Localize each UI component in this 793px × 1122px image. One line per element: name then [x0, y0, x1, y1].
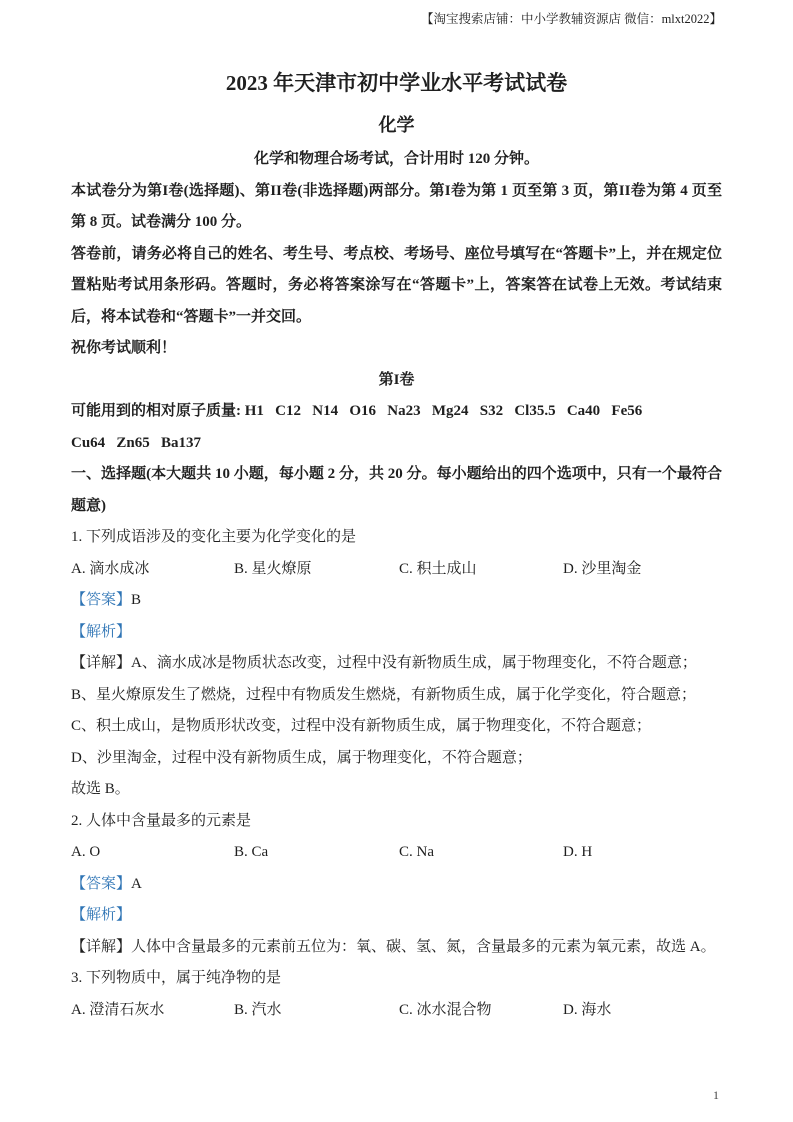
detail-line: B、星火燎原发生了燃烧，过程中有物质发生燃烧，有新物质生成，属于化学变化，符合题… — [71, 680, 722, 712]
page-title: 2023 年天津市初中学业水平考试试卷 — [71, 68, 722, 98]
option-b: B. Ca — [234, 837, 399, 869]
question-stem: 2. 人体中含量最多的元素是 — [71, 806, 722, 838]
analysis-label: 【解析】 — [71, 900, 722, 932]
answer-line: 【答案】B — [71, 585, 722, 617]
page-number: 1 — [713, 1088, 719, 1102]
answer-line: 【答案】A — [71, 869, 722, 901]
question-2: 2. 人体中含量最多的元素是 A. O B. Ca C. Na D. H 【答案… — [71, 806, 722, 964]
volume-1-title: 第I卷 — [71, 365, 722, 397]
question-1: 1. 下列成语涉及的变化主要为化学变化的是 A. 滴水成冰 B. 星火燎原 C.… — [71, 522, 722, 806]
option-a: A. O — [71, 837, 234, 869]
option-a: A. 滴水成冰 — [71, 554, 234, 586]
question-stem: 3. 下列物质中，属于纯净物的是 — [71, 963, 722, 995]
atomic-mass-line-2: Cu64 Zn65 Ba137 — [71, 428, 722, 460]
intro-paragraph-instructions: 答卷前，请务必将自己的姓名、考生号、考点校、考场号、座位号填写在“答题卡”上，并… — [71, 239, 722, 334]
answer-label: 【答案】 — [71, 876, 131, 892]
detail-line: D、沙里淘金，过程中没有新物质生成，属于物理变化，不符合题意； — [71, 743, 722, 775]
exam-page: 2023 年天津市初中学业水平考试试卷 化学 化学和物理合场考试，合计用时 12… — [71, 0, 722, 1026]
good-luck-line: 祝你考试顺利！ — [71, 333, 722, 365]
answer-value: A — [131, 876, 142, 892]
subject-title: 化学 — [71, 112, 722, 138]
option-c: C. 积土成山 — [399, 554, 563, 586]
intro-paragraph-structure: 本试卷分为第I卷(选择题)、第II卷(非选择题)两部分。第I卷为第 1 页至第 … — [71, 176, 722, 239]
detail-line: 【详解】人体中含量最多的元素前五位为：氧、碳、氢、氮，含量最多的元素为氧元素，故… — [71, 932, 722, 964]
detail-line: 故选 B。 — [71, 774, 722, 806]
option-d: D. 海水 — [563, 995, 722, 1027]
option-c: C. 冰水混合物 — [399, 995, 563, 1027]
option-b: B. 汽水 — [234, 995, 399, 1027]
detail-line: C、积土成山，是物质形状改变，过程中没有新物质生成，属于物理变化，不符合题意； — [71, 711, 722, 743]
analysis-label: 【解析】 — [71, 617, 722, 649]
detail-line: 【详解】A、滴水成冰是物质状态改变，过程中没有新物质生成，属于物理变化，不符合题… — [71, 648, 722, 680]
question-3: 3. 下列物质中，属于纯净物的是 A. 澄清石灰水 B. 汽水 C. 冰水混合物… — [71, 963, 722, 1026]
exam-duration-note: 化学和物理合场考试，合计用时 120 分钟。 — [71, 144, 722, 176]
question-stem: 1. 下列成语涉及的变化主要为化学变化的是 — [71, 522, 722, 554]
option-a: A. 澄清石灰水 — [71, 995, 234, 1027]
answer-value: B — [131, 592, 141, 608]
option-d: D. 沙里淘金 — [563, 554, 722, 586]
answer-label: 【答案】 — [71, 592, 131, 608]
option-d: D. H — [563, 837, 722, 869]
question-options: A. 澄清石灰水 B. 汽水 C. 冰水混合物 D. 海水 — [71, 995, 722, 1027]
section-1-heading: 一、选择题(本大题共 10 小题，每小题 2 分，共 20 分。每小题给出的四个… — [71, 459, 722, 522]
question-options: A. 滴水成冰 B. 星火燎原 C. 积土成山 D. 沙里淘金 — [71, 554, 722, 586]
option-b: B. 星火燎原 — [234, 554, 399, 586]
question-options: A. O B. Ca C. Na D. H — [71, 837, 722, 869]
atomic-mass-line-1: 可能用到的相对原子质量: H1 C12 N14 O16 Na23 Mg24 S3… — [71, 396, 722, 428]
option-c: C. Na — [399, 837, 563, 869]
